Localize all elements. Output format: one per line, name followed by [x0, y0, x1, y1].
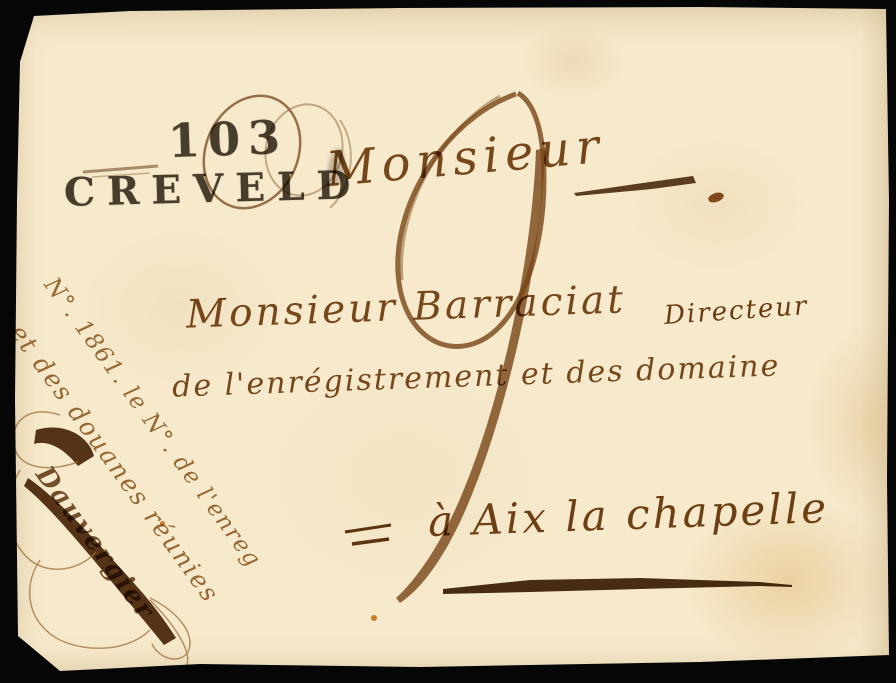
address-recipient: Monsieur Barraciat — [185, 280, 626, 334]
postmark-number: 103 — [167, 114, 289, 164]
postmark-town: CREVELD — [64, 166, 363, 213]
photo-backdrop: 103 CREVELD Monsieur Monsieur Barraciat … — [0, 0, 896, 683]
address-recipient-title: Directeur — [663, 293, 809, 329]
address-department-line: de l'enrégistrement et des domaine — [172, 351, 781, 402]
rust-speck — [371, 615, 377, 621]
address-destination: à Aix la chapelle — [427, 487, 829, 543]
salutation-monsieur: Monsieur — [324, 122, 606, 194]
destination-underline — [443, 578, 792, 594]
letter-paper: 103 CREVELD Monsieur Monsieur Barraciat … — [0, 0, 896, 683]
salutation-dash — [574, 176, 696, 196]
destination-equals-mark — [345, 525, 391, 544]
ink-speck — [707, 191, 725, 205]
